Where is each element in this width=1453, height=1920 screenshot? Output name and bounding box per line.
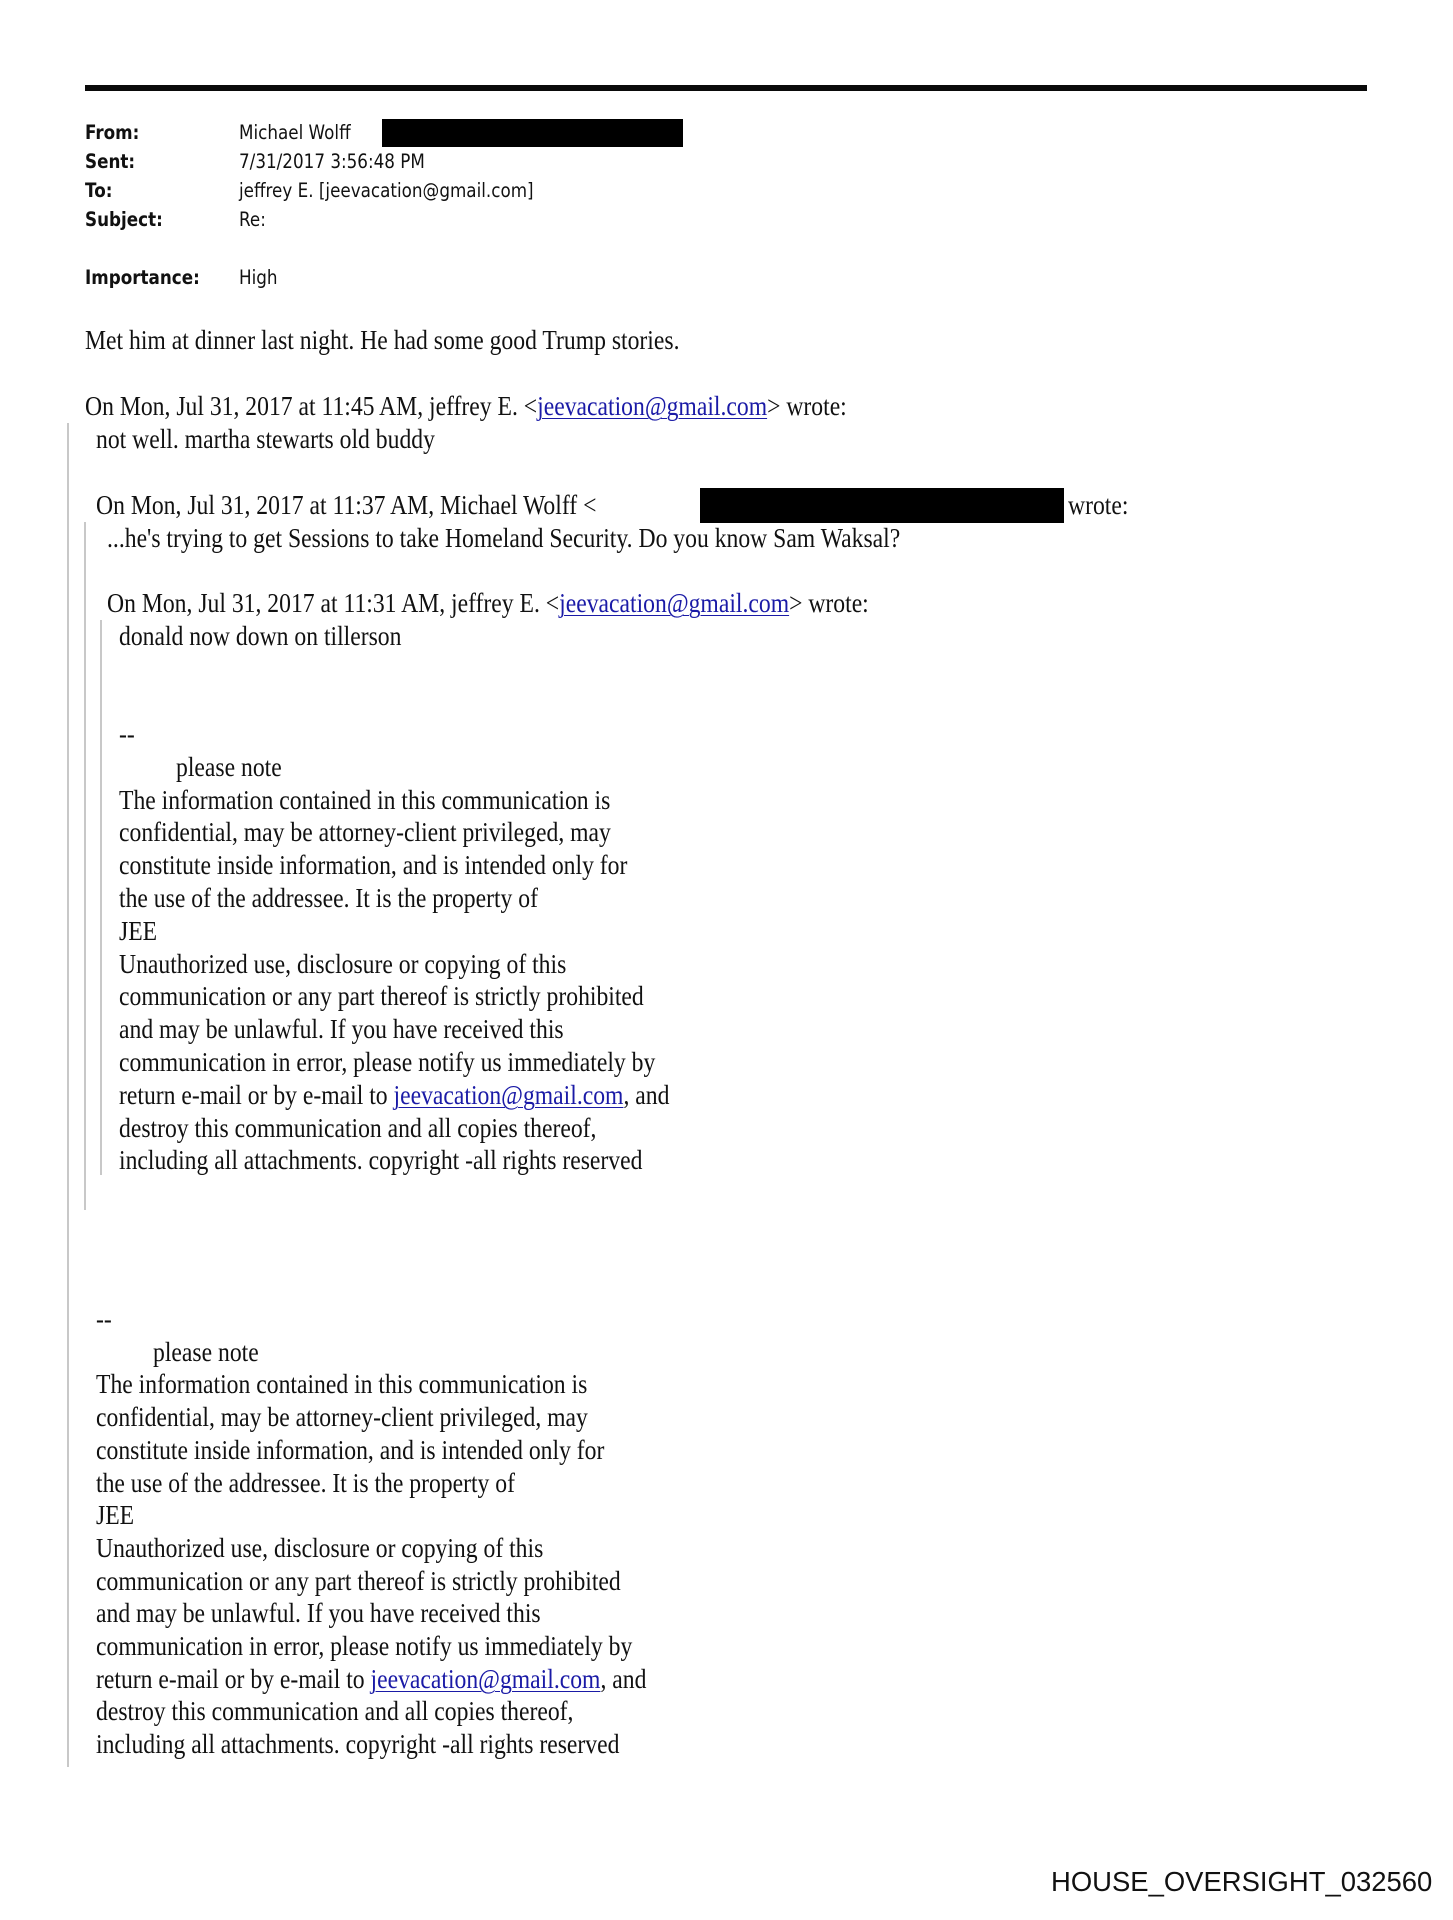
disclaimer-line: communication or any part thereof is str… [119,979,644,1012]
quote-attribution-2: On Mon, Jul 31, 2017 at 11:37 AM, Michae… [96,488,596,521]
disclaimer-line: communication in error, please notify us… [96,1629,632,1662]
disclaimer-line: constitute inside information, and is in… [119,848,627,881]
disclaimer-line: destroy this communication and all copie… [119,1111,596,1144]
disclaimer-email-line: return e-mail or by e-mail to jeevacatio… [119,1078,669,1111]
to-value: jeffrey E. [jeevacation@gmail.com] [239,176,534,205]
disclaimer-line: the use of the addressee. It is the prop… [119,881,538,914]
disclaimer-line: destroy this communication and all copie… [96,1694,573,1727]
from-value: Michael Wolff [239,118,351,147]
signature-separator: -- [119,717,135,750]
quote-bar-level-2 [84,522,86,1210]
sent-value: 7/31/2017 3:56:48 PM [239,147,425,176]
signature-note: please note [153,1335,259,1368]
email-link[interactable]: jeevacation@gmail.com [371,1663,601,1694]
signature-note: please note [176,750,282,783]
header-rule [85,85,1367,91]
to-label: To: [85,176,112,205]
from-label: From: [85,118,139,147]
email-link[interactable]: jeevacation@gmail.com [537,390,767,421]
signature-separator: -- [96,1302,112,1335]
quote-message-2: ...he's trying to get Sessions to take H… [107,521,900,554]
quote-attribution-2-suffix: wrote: [1068,488,1128,521]
disclaimer-line: including all attachments. copyright -al… [96,1727,619,1760]
disclaimer-line: The information contained in this commun… [119,783,610,816]
email-link[interactable]: jeevacation@gmail.com [394,1079,624,1110]
importance-label: Importance: [85,263,200,292]
bates-number: HOUSE_OVERSIGHT_032560 [1051,1866,1432,1898]
disclaimer-email-line: return e-mail or by e-mail to jeevacatio… [96,1662,646,1695]
quote-message-1: not well. martha stewarts old buddy [96,422,435,455]
redaction-box [700,488,1064,523]
disclaimer-line: communication in error, please notify us… [119,1045,655,1078]
disclaimer-line: JEE [96,1498,134,1531]
importance-value: High [239,263,278,292]
reply-text: Met him at dinner last night. He had som… [85,323,680,356]
quote-bar-level-3 [100,620,102,1175]
disclaimer-line: communication or any part thereof is str… [96,1564,621,1597]
quote-message-3: donald now down on tillerson [119,619,401,652]
disclaimer-line: the use of the addressee. It is the prop… [96,1466,515,1499]
disclaimer-line: constitute inside information, and is in… [96,1433,604,1466]
disclaimer-line: Unauthorized use, disclosure or copying … [96,1531,543,1564]
quote-bar-level-1 [67,423,69,1767]
disclaimer-line: confidential, may be attorney-client pri… [119,815,611,848]
disclaimer-line: including all attachments. copyright -al… [119,1143,642,1176]
quote-attribution-1: On Mon, Jul 31, 2017 at 11:45 AM, jeffre… [85,389,847,422]
disclaimer-line: confidential, may be attorney-client pri… [96,1400,588,1433]
disclaimer-line: Unauthorized use, disclosure or copying … [119,947,566,980]
quote-attribution-3: On Mon, Jul 31, 2017 at 11:31 AM, jeffre… [107,586,869,619]
disclaimer-line: The information contained in this commun… [96,1367,587,1400]
redaction-box [382,119,683,147]
subject-label: Subject: [85,205,163,234]
sent-label: Sent: [85,147,135,176]
disclaimer-line: and may be unlawful. If you have receive… [119,1012,564,1045]
email-link[interactable]: jeevacation@gmail.com [559,587,789,618]
disclaimer-line: and may be unlawful. If you have receive… [96,1596,541,1629]
disclaimer-line: JEE [119,914,157,947]
subject-value: Re: [239,205,266,234]
